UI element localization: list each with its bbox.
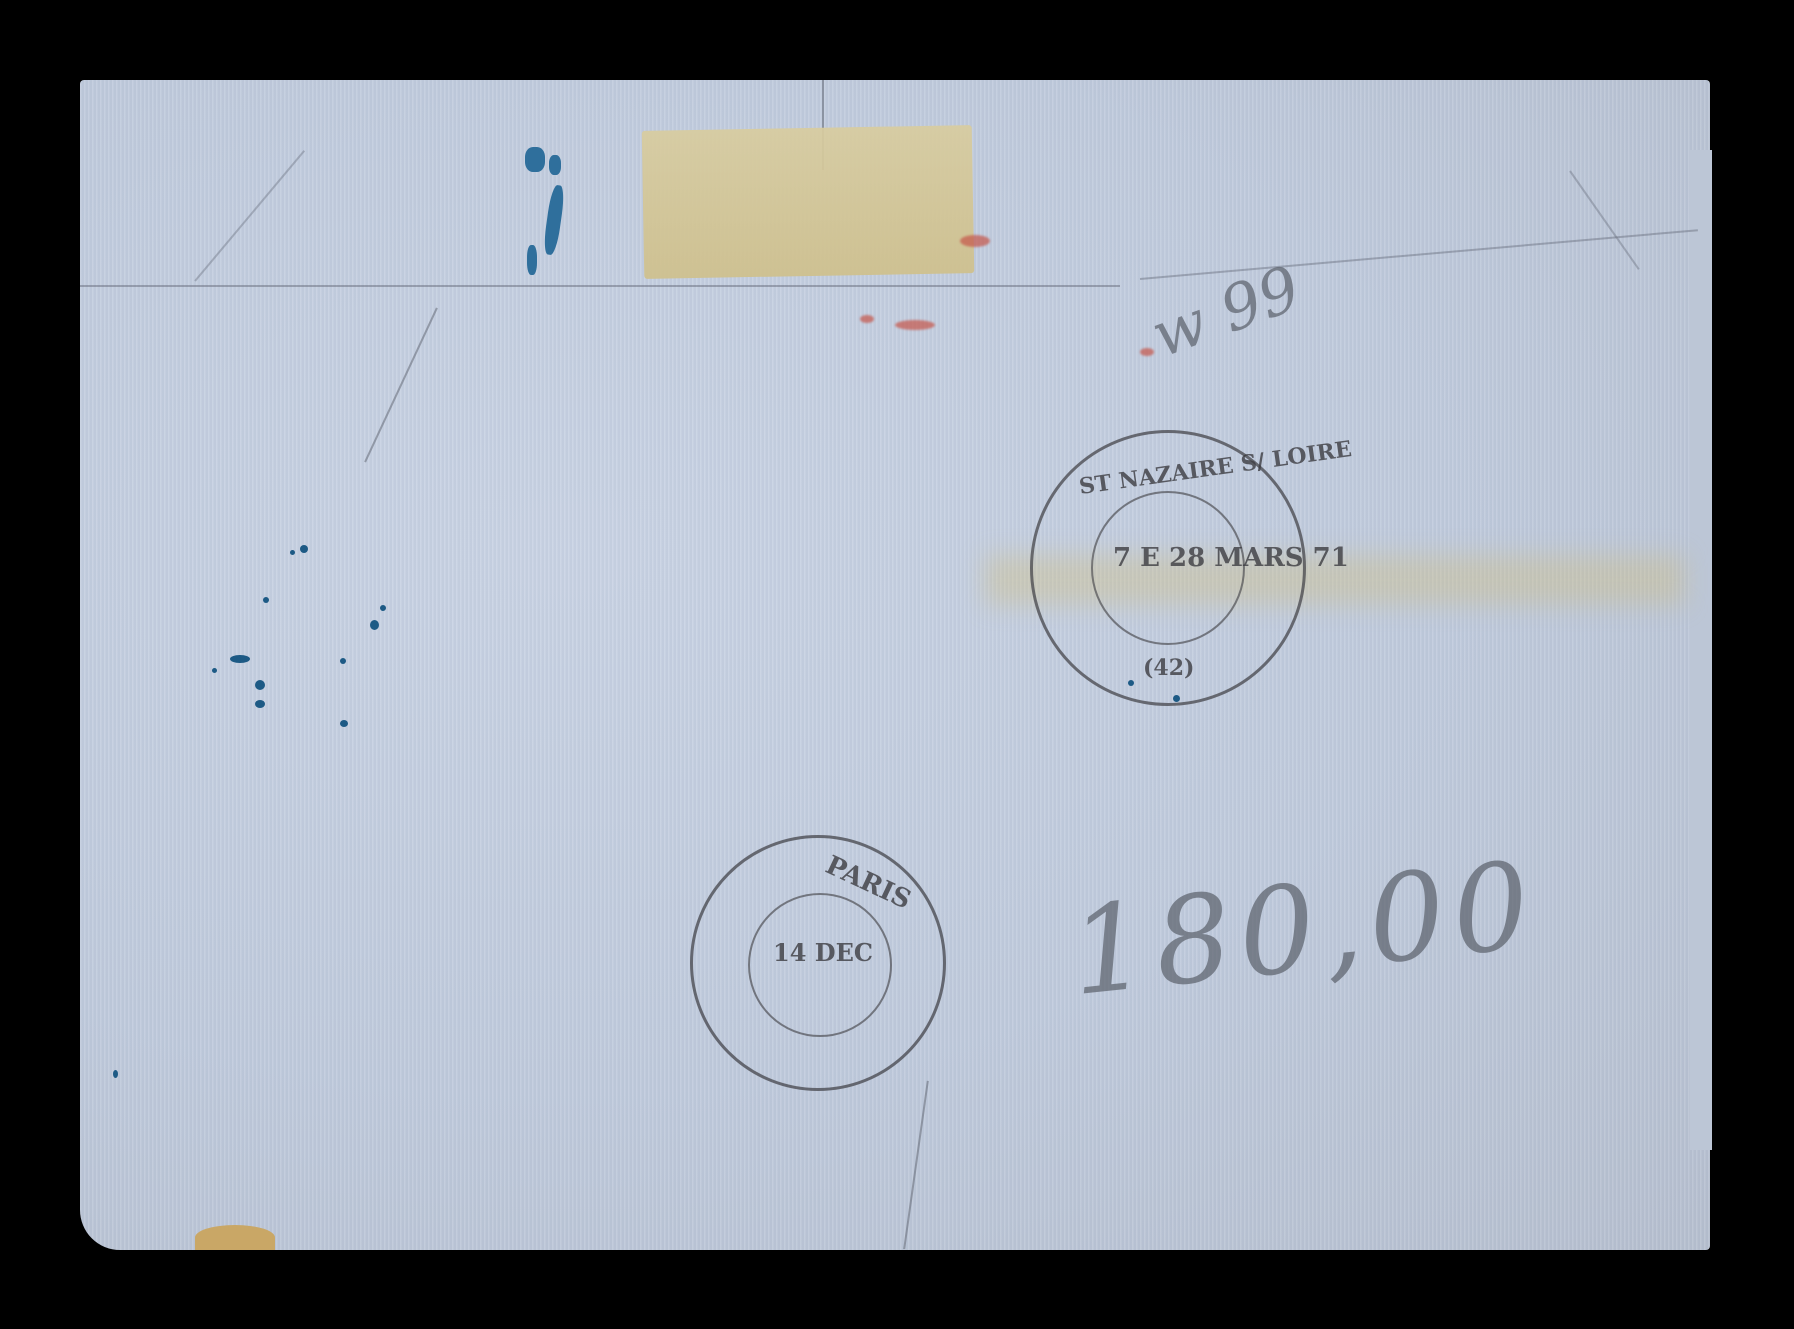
red-wax-trace — [860, 315, 874, 323]
flap-fold-line — [80, 285, 1120, 287]
red-wax-trace — [960, 235, 990, 247]
paris-postmark: PARIS 14 DEC — [690, 835, 946, 1091]
st-nazaire-postmark: ST NAZAIRE S/ LOIRE 7 E 28 MARS 71 (42) — [1030, 430, 1306, 706]
corner-stain — [195, 1225, 275, 1250]
tape-patch — [642, 125, 975, 279]
red-wax-trace — [895, 320, 935, 330]
red-wax-trace — [1140, 348, 1154, 356]
envelope-flap-edge — [1690, 150, 1712, 1150]
blue-crayon-mark — [525, 145, 565, 275]
